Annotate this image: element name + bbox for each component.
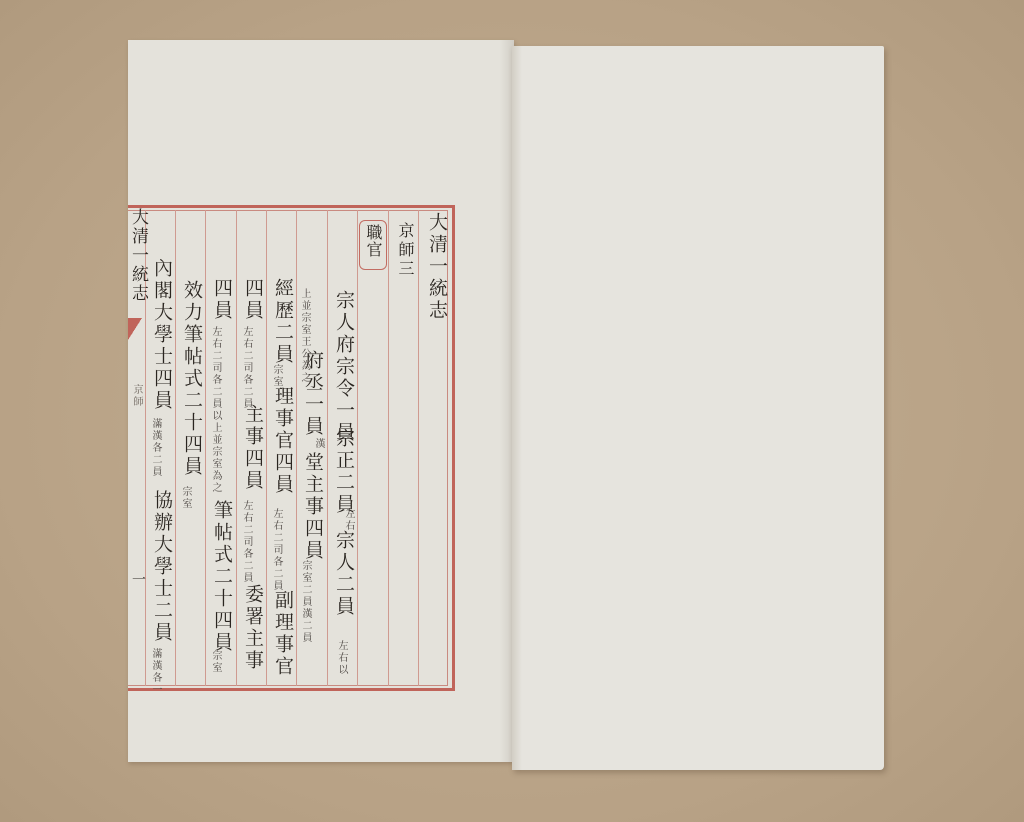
text-column-7-note-b: 滿漢各一	[149, 648, 161, 688]
text-column-7-note-a: 滿漢各二員	[149, 418, 161, 478]
text-column-2-note-c: 宗室二員漢二員	[299, 560, 311, 680]
text-column-7-main-b: 協辦大學士二員	[149, 490, 176, 644]
text-column-3-main-a: 經歷二員	[270, 278, 297, 366]
text-column-1-main-c: 宗人二員	[331, 530, 358, 618]
text-column-3-note-b: 左右二司各二員	[270, 508, 282, 568]
text-column-6-main: 效力筆帖式二十四員	[179, 280, 206, 478]
text-column-3-main-b: 理事官四員	[270, 386, 297, 496]
column-divider	[388, 210, 389, 686]
text-column-1-note-b: 左右以	[335, 640, 347, 680]
text-column-2-main-a: 府丞一員	[300, 350, 327, 438]
section-tag: 職官	[362, 224, 385, 258]
text-column-4-main-b: 主事四員	[240, 404, 267, 492]
text-column-6-note: 宗室	[179, 486, 191, 516]
margin-note: 京師	[130, 384, 142, 434]
right-page-blank	[512, 46, 884, 770]
text-column-4-note-a: 左右二司各二員	[240, 326, 252, 386]
text-column-5-note-b: 宗室	[209, 650, 221, 680]
column-divider	[418, 210, 419, 686]
text-column-2-note-a: 上並宗室王公為之	[298, 288, 310, 348]
text-column-4-main-a: 四員	[240, 278, 267, 322]
text-column-4-note-b: 左右二司各二員	[240, 500, 252, 560]
text-column-5-note-a: 左右二司各二員以上並宗室為之	[209, 326, 221, 446]
fish-tail-mark	[128, 318, 142, 340]
column-divider	[327, 210, 328, 686]
page-number-mark: 一	[128, 572, 148, 589]
column-divider	[236, 210, 237, 686]
text-column-2-note-b: 漢	[312, 438, 324, 450]
text-column-7-main-a: 內閣大學士四員	[149, 258, 176, 412]
text-column-2-main-b: 堂主事四員	[300, 452, 327, 562]
text-column-1-main-b: 宗正二員	[331, 428, 358, 516]
text-column-4-main-c: 委署主事	[240, 584, 267, 672]
text-column-5-main-b: 筆帖式二十四員	[209, 500, 236, 654]
text-column-3-main-c: 副理事官	[270, 590, 297, 678]
text-column-1-main-a: 宗人府宗令一員	[331, 290, 358, 444]
chapter-title: 京師三	[394, 222, 417, 279]
text-column-5-main-a: 四員	[209, 278, 236, 322]
book-title: 大清一統志	[424, 212, 451, 322]
